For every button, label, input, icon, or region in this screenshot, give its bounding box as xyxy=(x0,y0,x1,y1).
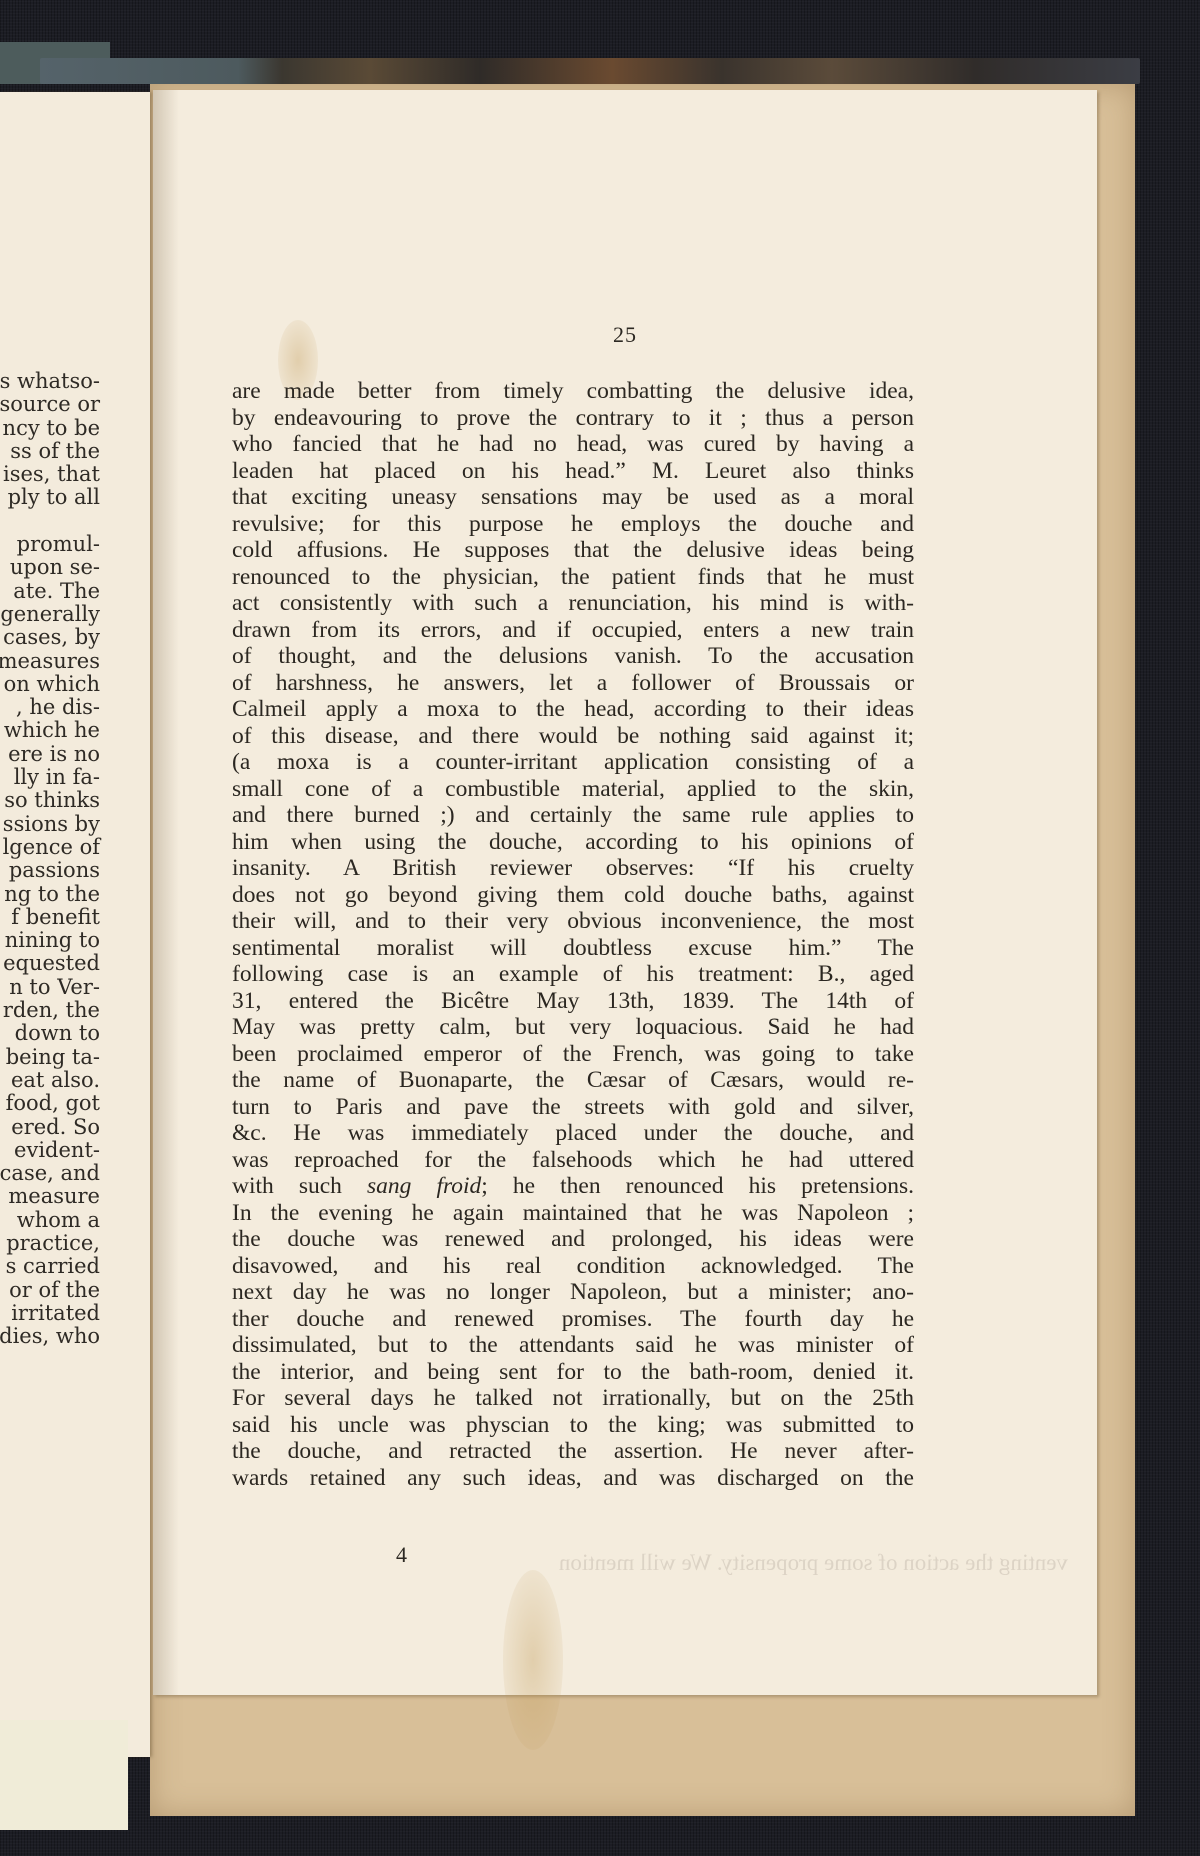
left-text-line: cases, by xyxy=(0,626,100,649)
left-text-line: lly in fa- xyxy=(0,766,100,789)
left-text-line: nining to xyxy=(0,929,100,952)
text-line: May was pretty calm, but very loquacious… xyxy=(232,1014,914,1041)
left-text-line: n to Ver- xyxy=(0,976,100,999)
signature-mark: 4 xyxy=(396,1542,407,1568)
left-text-line: ss of the xyxy=(0,440,100,463)
text-line: (a moxa is a counter-irritant applicatio… xyxy=(232,749,914,776)
left-text-line: ssions by xyxy=(0,813,100,836)
text-line: was reproached for the falsehoods which … xyxy=(232,1147,914,1174)
text-line: are made better from timely combatting t… xyxy=(232,378,914,405)
text-line: 31, entered the Bicêtre May 13th, 1839. … xyxy=(232,988,914,1015)
left-text-line: evident- xyxy=(0,1139,100,1162)
left-text-line: passions xyxy=(0,859,100,882)
text-line: ther douche and renewed promises. The fo… xyxy=(232,1306,914,1333)
text-line: For several days he talked not irrationa… xyxy=(232,1385,914,1412)
text-line: of this disease, and there would be noth… xyxy=(232,723,914,750)
text-line: dissimulated, but to the attendants said… xyxy=(232,1332,914,1359)
left-page-flyleaf xyxy=(0,1720,128,1830)
left-text-line: ng to the xyxy=(0,883,100,906)
left-text-line: equested xyxy=(0,952,100,975)
left-text-line: food, got xyxy=(0,1092,100,1115)
text-line: with such sang froid; he then renounced … xyxy=(232,1173,914,1200)
left-text-line: promul- xyxy=(0,533,100,556)
text-line: of harshness, he answers, let a follower… xyxy=(232,670,914,697)
left-text-line: , he dis- xyxy=(0,696,100,719)
foxing-stain xyxy=(503,1570,563,1750)
left-text-line: ate. The xyxy=(0,580,100,603)
left-text-line: measures xyxy=(0,650,100,673)
text-line: In the evening he again maintained that … xyxy=(232,1200,914,1227)
left-page: s whatso-source orncy to bess of theises… xyxy=(0,92,150,1757)
text-line: disavowed, and his real condition acknow… xyxy=(232,1253,914,1280)
text-line: Calmeil apply a moxa to the head, accord… xyxy=(232,696,914,723)
left-text-line: ncy to be xyxy=(0,417,100,440)
left-text-line: ply to all xyxy=(0,486,100,509)
left-text-line: which he xyxy=(0,719,100,742)
text-line: their will, and to their very obvious in… xyxy=(232,908,914,935)
italic-phrase: sang froid xyxy=(367,1173,481,1199)
marbled-board-edge xyxy=(40,58,1140,84)
text-line: said his uncle was physcian to the king;… xyxy=(232,1412,914,1439)
left-text-line: eat also. xyxy=(0,1069,100,1092)
left-text-line: practice, xyxy=(0,1232,100,1255)
text-line: of thought, and the delusions vanish. To… xyxy=(232,643,914,670)
text-line: the name of Buonaparte, the Cæsar of Cæs… xyxy=(232,1067,914,1094)
left-text-line: f benefit xyxy=(0,906,100,929)
text-line: turn to Paris and pave the streets with … xyxy=(232,1094,914,1121)
text-line: who fancied that he had no head, was cur… xyxy=(232,431,914,458)
text-line: &c. He was immediately placed under the … xyxy=(232,1120,914,1147)
left-text-line: lgence of xyxy=(0,836,100,859)
text-line: the interior, and being sent for to the … xyxy=(232,1359,914,1386)
text-line: leaden hat placed on his head.” M. Leure… xyxy=(232,458,914,485)
text-line: drawn from its errors, and if occupied, … xyxy=(232,617,914,644)
left-text-line: irritated xyxy=(0,1302,100,1325)
text-line: cold affusions. He supposes that the del… xyxy=(232,537,914,564)
left-text-line: so thinks xyxy=(0,789,100,812)
text-line: next day he was no longer Napoleon, but … xyxy=(232,1279,914,1306)
left-text-line: ered. So xyxy=(0,1116,100,1139)
left-text-line: on which xyxy=(0,673,100,696)
left-text-line: being ta- xyxy=(0,1046,100,1069)
left-text-line: source or xyxy=(0,393,100,416)
left-text-line: ises, that xyxy=(0,463,100,486)
text-line: renounced to the physician, the patient … xyxy=(232,564,914,591)
text-line: wards retained any such ideas, and was d… xyxy=(232,1465,914,1492)
left-text-line: case, and xyxy=(0,1162,100,1185)
left-text-line: ere is no xyxy=(0,743,100,766)
left-page-text: s whatso-source orncy to bess of theises… xyxy=(0,370,100,1348)
text-line: insanity. A British reviewer observes: “… xyxy=(232,855,914,882)
left-text-line: s carried xyxy=(0,1255,100,1278)
text-line: him when using the douche, according to … xyxy=(232,829,914,856)
text-line: act consistently with such a renunciatio… xyxy=(232,590,914,617)
text-line: and there burned ;) and certainly the sa… xyxy=(232,802,914,829)
left-text-line: measure xyxy=(0,1185,100,1208)
text-line: the douche was renewed and prolonged, hi… xyxy=(232,1226,914,1253)
left-text-line: whom a xyxy=(0,1209,100,1232)
text-line: the douche, and retracted the assertion.… xyxy=(232,1438,914,1465)
left-text-line: dies, who xyxy=(0,1325,100,1348)
text-line: does not go beyond giving them cold douc… xyxy=(232,882,914,909)
text-line: been proclaimed emperor of the French, w… xyxy=(232,1041,914,1068)
text-line: that exciting uneasy sensations may be u… xyxy=(232,484,914,511)
left-text-line: s whatso- xyxy=(0,370,100,393)
body-text: are made better from timely combatting t… xyxy=(232,378,914,1491)
text-line: small cone of a combustible material, ap… xyxy=(232,776,914,803)
text-line: sentimental moralist will doubtless excu… xyxy=(232,935,914,962)
left-text-line: rden, the xyxy=(0,999,100,1022)
left-text-line: or of the xyxy=(0,1279,100,1302)
text-line: following case is an example of his trea… xyxy=(232,961,914,988)
left-text-line xyxy=(0,510,100,533)
text-line: by endeavouring to prove the contrary to… xyxy=(232,405,914,432)
page-number: 25 xyxy=(153,322,1097,348)
left-text-line: upon se- xyxy=(0,556,100,579)
left-text-line: generally xyxy=(0,603,100,626)
left-text-line: down to xyxy=(0,1022,100,1045)
right-page: 25 are made better from timely combattin… xyxy=(153,90,1097,1695)
text-line: revulsive; for this purpose he employs t… xyxy=(232,511,914,538)
show-through-text: venting the action of some propensity. W… xyxy=(388,1550,1068,1576)
